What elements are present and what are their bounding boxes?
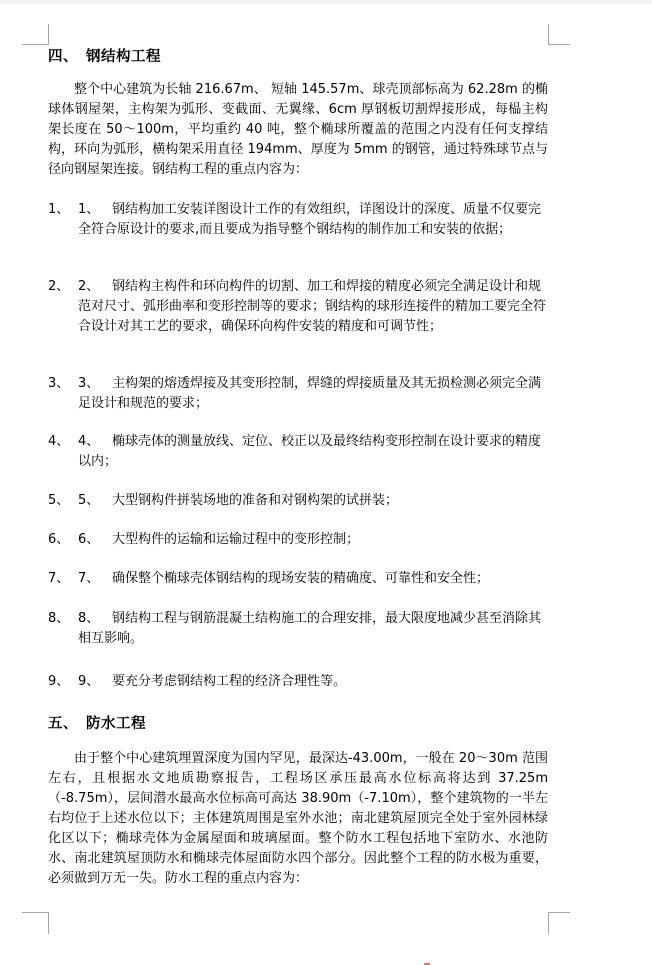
list-number-outer: 8、: [48, 609, 78, 629]
list-number-outer: 7、: [48, 569, 78, 589]
list-number-inner: 9、: [78, 672, 112, 692]
crop-mark-top-right: [548, 24, 570, 45]
list-number-inner: 3、: [78, 374, 112, 394]
section-4-number: 四、: [48, 45, 86, 66]
list-item: 9、 9、 要充分考虑钢结构工程的经济合理性等。: [48, 672, 548, 692]
list-number-outer: 5、: [48, 491, 78, 511]
list-item: 5、 5、 大型钢构件拼装场地的准备和对钢构架的试拼装；: [48, 491, 548, 511]
list-number-inner: 7、: [78, 569, 112, 589]
list-number-outer: 1、: [48, 200, 78, 220]
section-5-heading: 五、防水工程: [48, 712, 146, 733]
list-item: 8、 8、 钢结构工程与钢筋混凝土结构施工的合理安排，最大限度地减少甚至消除其相…: [48, 609, 548, 649]
list-number-inner: 1、: [78, 200, 112, 220]
list-number-inner: 8、: [78, 609, 112, 629]
list-item-text: 大型钢构件拼装场地的准备和对钢构架的试拼装；: [78, 491, 548, 511]
list-item-text: 椭球壳体的测量放线、定位、校正以及最终结构变形控制在设计要求的精度以内；: [78, 432, 548, 472]
list-item-text: 要充分考虑钢结构工程的经济合理性等。: [78, 672, 548, 692]
list-item-text: 确保整个椭球壳体钢结构的现场安装的精确度、可靠性和安全性；: [78, 569, 548, 589]
section-5-title: 防水工程: [86, 716, 146, 732]
list-item-text: 大型构件的运输和运输过程中的变形控制；: [78, 530, 548, 550]
list-number-outer: 9、: [48, 672, 78, 692]
list-number-inner: 6、: [78, 530, 112, 550]
list-number-outer: 6、: [48, 530, 78, 550]
section-5-number: 五、: [48, 712, 86, 733]
crop-mark-bottom-left: [22, 912, 49, 934]
list-number-outer: 3、: [48, 374, 78, 394]
list-item: 1、 1、 钢结构加工安装详图设计工作的有效组织，详图设计的深度、质量不仅要完全…: [48, 200, 548, 240]
list-item-text: 钢结构加工安装详图设计工作的有效组织，详图设计的深度、质量不仅要完全符合原设计的…: [78, 200, 548, 240]
crop-mark-bottom-right: [548, 912, 570, 934]
list-item: 2、 2、 钢结构主构件和环向构件的切割、加工和焊接的精度必须完全满足设计和规范…: [48, 277, 548, 337]
list-item: 7、 7、 确保整个椭球壳体钢结构的现场安装的精确度、可靠性和安全性；: [48, 569, 548, 589]
list-number-inner: 5、: [78, 491, 112, 511]
list-number-inner: 2、: [78, 277, 112, 297]
list-item: 4、 4、 椭球壳体的测量放线、定位、校正以及最终结构变形控制在设计要求的精度以…: [48, 432, 548, 472]
crop-mark-top-left: [22, 24, 49, 45]
list-item-text: 钢结构主构件和环向构件的切割、加工和焊接的精度必须完全满足设计和规范对尺寸、弧形…: [78, 277, 548, 337]
section-5-intro: 由于整个中心建筑埋置深度为国内罕见，最深达-43.00m，一般在 20～30m …: [48, 749, 548, 889]
list-item-text: 主构架的熔透焊接及其变形控制，焊缝的焊接质量及其无损检测必须完全满足设计和规范的…: [78, 374, 548, 414]
list-number-outer: 2、: [48, 277, 78, 297]
section-4-title: 钢结构工程: [86, 49, 161, 65]
list-item-text: 钢结构工程与钢筋混凝土结构施工的合理安排，最大限度地减少甚至消除其相互影响。: [78, 609, 548, 649]
section-4-intro: 整个中心建筑为长轴 216.67m、 短轴 145.57m、球壳顶部标高为 62…: [48, 80, 548, 180]
section-4-heading: 四、钢结构工程: [48, 45, 161, 66]
top-strip: [0, 0, 652, 4]
list-number-inner: 4、: [78, 432, 112, 452]
list-item: 3、 3、 主构架的熔透焊接及其变形控制，焊缝的焊接质量及其无损检测必须完全满足…: [48, 374, 548, 414]
list-number-outer: 4、: [48, 432, 78, 452]
list-item: 6、 6、 大型构件的运输和运输过程中的变形控制；: [48, 530, 548, 550]
